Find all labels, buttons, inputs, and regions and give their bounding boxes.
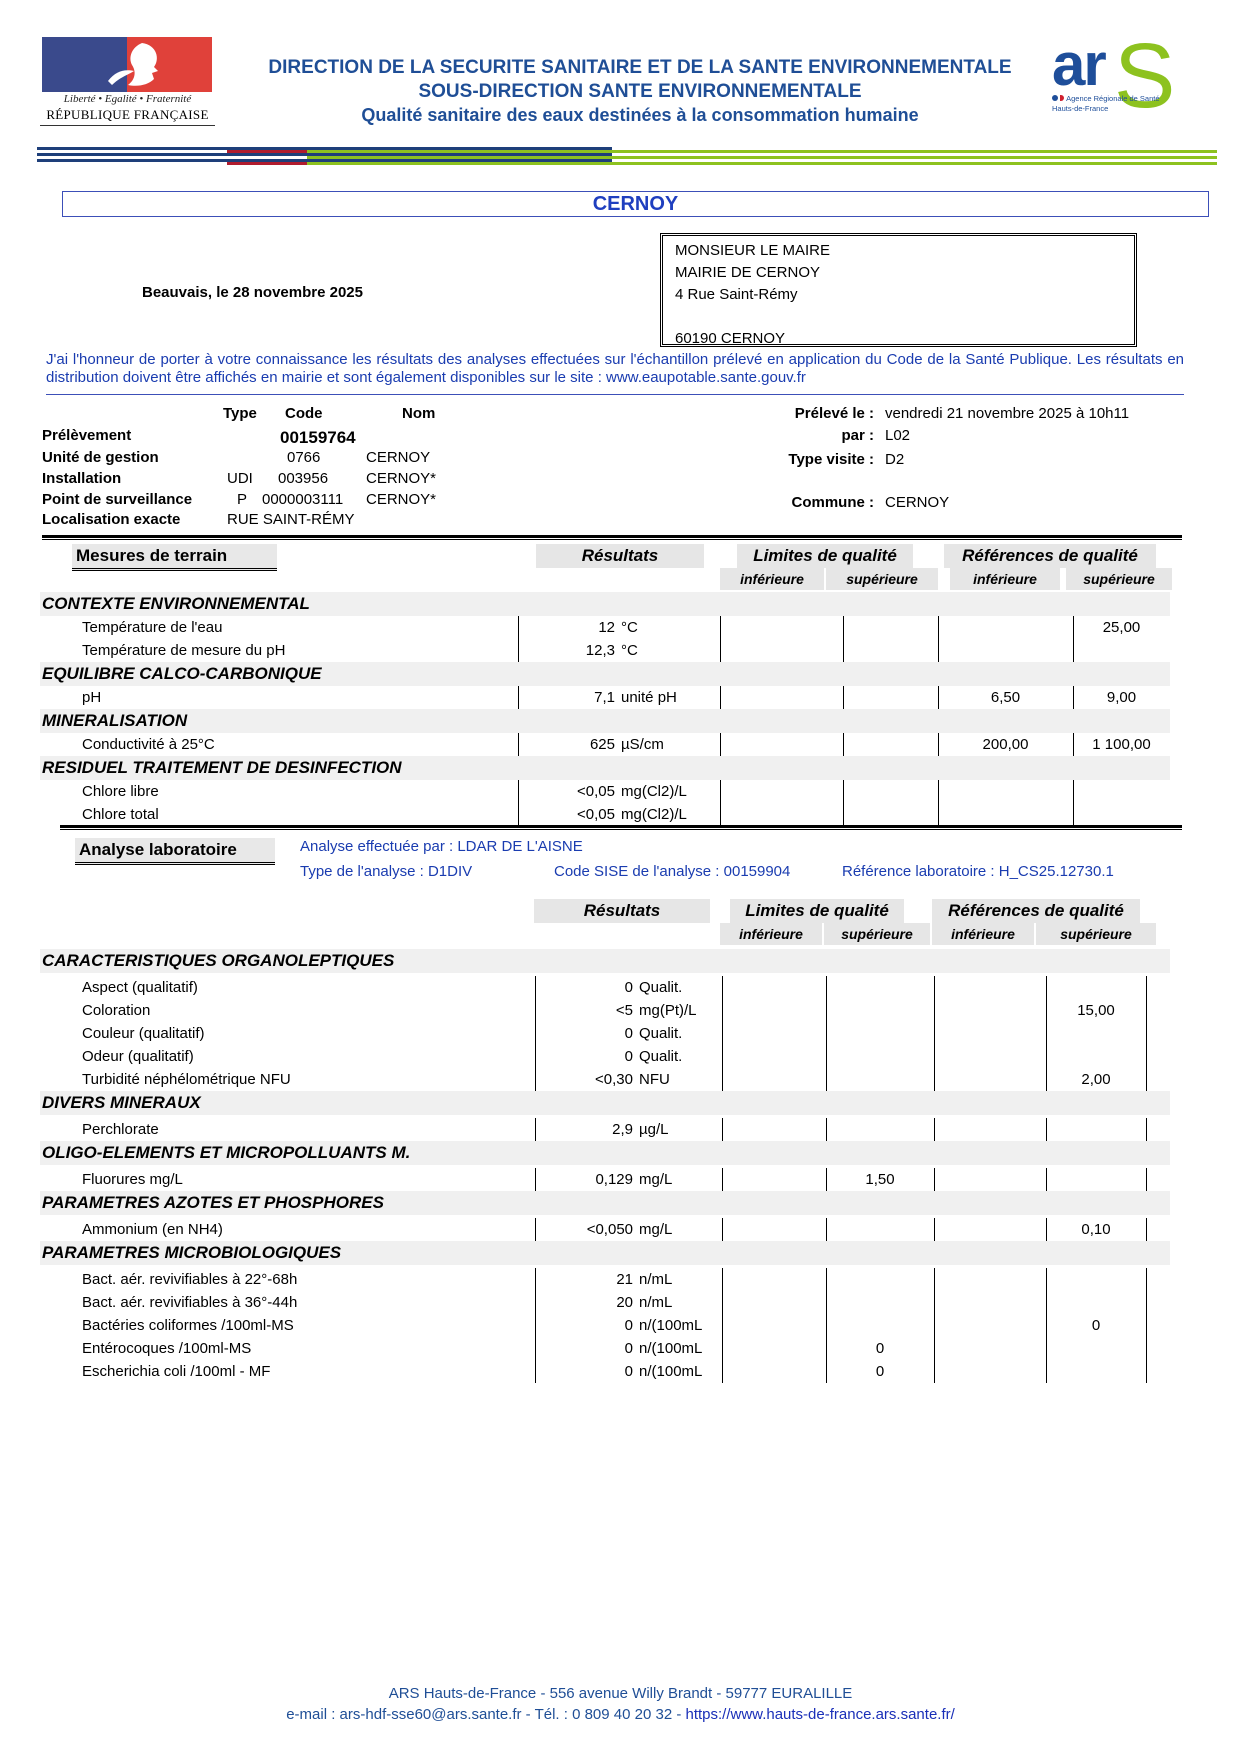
param-unit: unité pH <box>621 686 731 709</box>
param-name: Perchlorate <box>82 1118 159 1141</box>
column-divider <box>934 1118 935 1141</box>
marianne-icon <box>42 37 212 92</box>
lab-col-ref-sup: supérieure <box>1036 923 1156 945</box>
param-unit: n/mL <box>639 1268 749 1291</box>
param-unit: Qualit. <box>639 1022 749 1045</box>
commune-label: Commune : <box>700 494 874 511</box>
column-divider <box>535 1218 536 1241</box>
param-name: Turbidité néphélométrique NFU <box>82 1068 291 1091</box>
param-unit: n/mL <box>639 1291 749 1314</box>
param-name: Bact. aér. revivifiables à 22°-68h <box>82 1268 297 1291</box>
column-divider <box>826 1168 827 1191</box>
recipient-line-1: MONSIEUR LE MAIRE <box>675 240 1122 262</box>
reference-superieure: 9,00 <box>1073 686 1170 709</box>
param-name: Odeur (qualitatif) <box>82 1045 194 1068</box>
terrain-section-title: Mesures de terrain <box>72 544 277 571</box>
header-title-subject: Qualité sanitaire des eaux destinées à l… <box>210 105 1070 126</box>
table-row: Bact. aér. revivifiables à 22°-68h21n/mL <box>40 1268 1170 1291</box>
column-divider <box>720 616 721 662</box>
table-row: Température de l'eau12°C25,00 <box>40 616 1170 639</box>
column-divider <box>843 780 844 826</box>
reference-superieure: 0 <box>1046 1314 1146 1337</box>
reference-superieure: 0,10 <box>1046 1218 1146 1241</box>
param-value: 0 <box>513 1360 633 1383</box>
lab-col-references: Références de qualité <box>932 899 1140 923</box>
lab-col-lim-inf: inférieure <box>720 923 822 945</box>
table-row: Perchlorate2,9µg/L <box>40 1118 1170 1141</box>
reference-superieure: 25,00 <box>1073 616 1170 639</box>
param-value: 12 <box>495 616 615 639</box>
installation-type: UDI <box>227 470 253 487</box>
table-row: Couleur (qualitatif)0Qualit. <box>40 1022 1170 1045</box>
param-name: pH <box>82 686 101 709</box>
recipient-address-box: MONSIEUR LE MAIRE MAIRIE DE CERNOY 4 Rue… <box>660 233 1137 347</box>
table-row: Escherichia coli /100ml - MF0n/(100mL0 <box>40 1360 1170 1383</box>
table-row: Chlore libre<0,05mg(Cl2)/L <box>40 780 1170 803</box>
param-unit: µg/L <box>639 1118 749 1141</box>
column-divider <box>1146 1268 1147 1383</box>
param-value: 20 <box>513 1291 633 1314</box>
commune-title: CERNOY <box>62 191 1209 217</box>
group-header: PARAMETRES AZOTES ET PHOSPHORES <box>40 1191 1170 1215</box>
intro-paragraph: J'ai l'honneur de porter à votre connais… <box>46 351 1184 387</box>
param-name: Aspect (qualitatif) <box>82 976 198 999</box>
param-unit: Qualit. <box>639 1045 749 1068</box>
param-name: Ammonium (en NH4) <box>82 1218 223 1241</box>
group-header: PARAMETRES MICROBIOLOGIQUES <box>40 1241 1170 1265</box>
param-value: 0,129 <box>513 1168 633 1191</box>
group-header: OLIGO-ELEMENTS ET MICROPOLLUANTS M. <box>40 1141 1170 1165</box>
param-unit: mg(Pt)/L <box>639 999 749 1022</box>
reference-superieure: 1 100,00 <box>1073 733 1170 756</box>
param-unit: °C <box>621 616 731 639</box>
param-unit: mg/L <box>639 1218 749 1241</box>
param-unit: n/(100mL <box>639 1337 749 1360</box>
footer-contact: e-mail : ars-hdf-sse60@ars.sante.fr - Té… <box>0 1706 1241 1723</box>
param-value: 0 <box>513 976 633 999</box>
column-divider <box>934 1268 935 1383</box>
column-divider <box>722 1218 723 1241</box>
column-divider <box>1146 1168 1147 1191</box>
column-divider <box>938 733 939 756</box>
param-value: <5 <box>513 999 633 1022</box>
column-divider <box>518 733 519 756</box>
column-divider <box>518 780 519 826</box>
param-name: Chlore libre <box>82 780 159 803</box>
param-name: Bact. aér. revivifiables à 36°-44h <box>82 1291 297 1314</box>
table-row: Coloration<5mg(Pt)/L15,00 <box>40 999 1170 1022</box>
column-divider <box>518 616 519 662</box>
installation-code: 003956 <box>278 470 328 487</box>
terrain-col-ref-inf: inférieure <box>950 568 1060 590</box>
column-divider <box>934 976 935 1091</box>
recipient-line-4 <box>675 306 1122 328</box>
lab-section-title: Analyse laboratoire <box>75 838 275 865</box>
column-divider <box>1046 1118 1047 1141</box>
preleve-le-value: vendredi 21 novembre 2025 à 10h11 <box>885 405 1129 422</box>
footer-address: ARS Hauts-de-France - 556 avenue Willy B… <box>0 1685 1241 1702</box>
ars-logo-ar: ar <box>1052 30 1105 99</box>
param-value: 2,9 <box>513 1118 633 1141</box>
lab-col-lim-sup: supérieure <box>824 923 930 945</box>
column-divider <box>1146 1218 1147 1241</box>
param-value: <0,050 <box>513 1218 633 1241</box>
group-header: MINERALISATION <box>40 709 1170 733</box>
lab-col-limites: Limites de qualité <box>730 899 904 923</box>
header-title-direction: DIRECTION DE LA SECURITE SANITAIRE ET DE… <box>210 57 1070 79</box>
lab-col-ref-inf: inférieure <box>932 923 1034 945</box>
column-divider <box>1073 780 1074 826</box>
installation-nom: CERNOY* <box>366 470 436 487</box>
param-name: Bactéries coliformes /100ml-MS <box>82 1314 294 1337</box>
terrain-col-lim-inf: inférieure <box>720 568 824 590</box>
param-name: Fluorures mg/L <box>82 1168 183 1191</box>
table-row: Fluorures mg/L0,129mg/L1,50 <box>40 1168 1170 1191</box>
param-value: 0 <box>513 1022 633 1045</box>
table-row: Température de mesure du pH12,3°C <box>40 639 1170 662</box>
localisation-value: RUE SAINT-RÉMY <box>227 511 355 528</box>
column-divider <box>843 733 844 756</box>
ars-agency-name: Agence Régionale de Santé <box>1066 94 1159 103</box>
recipient-line-2: MAIRIE DE CERNOY <box>675 262 1122 284</box>
column-divider <box>720 780 721 826</box>
header-decorative-stripes <box>37 147 1217 164</box>
table-row: Odeur (qualitatif)0Qualit. <box>40 1045 1170 1068</box>
column-divider <box>843 686 844 709</box>
column-divider <box>938 686 939 709</box>
param-name: Conductivité à 25°C <box>82 733 215 756</box>
unite-gestion-nom: CERNOY <box>366 449 430 466</box>
table-row: Entérocoques /100ml-MS0n/(100mL0 <box>40 1337 1170 1360</box>
param-value: 12,3 <box>495 639 615 662</box>
table-row: Chlore total<0,05mg(Cl2)/L <box>40 803 1170 826</box>
column-divider <box>826 1218 827 1241</box>
terrain-bottom-rule <box>60 825 1182 830</box>
param-unit: °C <box>621 639 731 662</box>
reference-inferieure: 200,00 <box>938 733 1073 756</box>
table-row: Bact. aér. revivifiables à 36°-44h20n/mL <box>40 1291 1170 1314</box>
column-divider <box>722 976 723 1091</box>
table-row: Ammonium (en NH4)<0,050mg/L0,10 <box>40 1218 1170 1241</box>
param-value: 21 <box>513 1268 633 1291</box>
republique-name: RÉPUBLIQUE FRANÇAISE <box>40 107 215 126</box>
ars-logo-s: S <box>1114 24 1175 129</box>
column-divider <box>722 1118 723 1141</box>
lab-reference: Référence laboratoire : H_CS25.12730.1 <box>842 863 1114 880</box>
header-title-subdirection: SOUS-DIRECTION SANTE ENVIRONNEMENTALE <box>210 81 1070 103</box>
date-line: Beauvais, le 28 novembre 2025 <box>142 284 363 301</box>
par-value: L02 <box>885 427 910 444</box>
ars-region: Hauts-de-France <box>1052 104 1108 113</box>
limit-superieure: 0 <box>826 1337 934 1360</box>
footer-website-link[interactable]: https://www.hauts-de-france.ars.sante.fr… <box>686 1706 955 1723</box>
column-divider <box>535 976 536 1091</box>
param-unit: mg(Cl2)/L <box>621 803 731 826</box>
ars-logo-icon: ar S Agence Régionale de Santé Hauts-de-… <box>1052 44 1182 130</box>
column-divider <box>934 1218 935 1241</box>
param-unit: mg/L <box>639 1168 749 1191</box>
republique-motto: Liberté • Egalité • Fraternité <box>40 93 215 105</box>
recipient-line-3: 4 Rue Saint-Rémy <box>675 284 1122 306</box>
point-surveillance-label: Point de surveillance <box>42 491 192 508</box>
param-unit: Qualit. <box>639 976 749 999</box>
terrain-top-rule <box>42 535 1182 540</box>
terrain-col-ref-sup: supérieure <box>1066 568 1172 590</box>
column-divider <box>1073 686 1074 709</box>
preleve-le-label: Prélevé le : <box>700 405 874 422</box>
column-divider <box>1073 616 1074 662</box>
column-divider <box>938 616 939 662</box>
column-divider <box>720 733 721 756</box>
type-visite-value: D2 <box>885 451 904 468</box>
param-value: 0 <box>513 1045 633 1068</box>
column-divider <box>1046 1218 1047 1241</box>
column-divider <box>1046 976 1047 1091</box>
param-unit: n/(100mL <box>639 1314 749 1337</box>
column-divider <box>843 616 844 662</box>
param-value: <0,05 <box>495 780 615 803</box>
recipient-line-5: 60190 CERNOY <box>675 328 1122 350</box>
reference-inferieure: 6,50 <box>938 686 1073 709</box>
column-divider <box>535 1118 536 1141</box>
param-unit: µS/cm <box>621 733 731 756</box>
column-divider <box>722 1168 723 1191</box>
param-name: Température de mesure du pH <box>82 639 285 662</box>
prelevement-code: 00159764 <box>280 428 356 448</box>
terrain-col-resultats: Résultats <box>536 544 704 568</box>
column-divider <box>1046 1268 1047 1383</box>
param-value: 625 <box>495 733 615 756</box>
footer-contact-text: e-mail : ars-hdf-sse60@ars.sante.fr - Té… <box>286 1706 685 1723</box>
param-unit: n/(100mL <box>639 1360 749 1383</box>
col-code-header: Code <box>285 405 323 422</box>
param-value: <0,05 <box>495 803 615 826</box>
lab-effectuee-par: Analyse effectuée par : LDAR DE L'AISNE <box>300 838 583 855</box>
prelevement-label: Prélèvement <box>42 427 131 444</box>
column-divider <box>720 686 721 709</box>
column-divider <box>535 1268 536 1383</box>
point-surveillance-code: 0000003111 <box>262 491 343 508</box>
column-divider <box>826 1268 827 1383</box>
type-visite-label: Type visite : <box>700 451 874 468</box>
intro-separator <box>46 394 1184 395</box>
param-value: 0 <box>513 1337 633 1360</box>
col-type-header: Type <box>223 405 257 422</box>
param-name: Couleur (qualitatif) <box>82 1022 205 1045</box>
column-divider <box>1073 733 1074 756</box>
ars-agency-line: Agence Régionale de Santé <box>1052 94 1160 103</box>
column-divider <box>826 1118 827 1141</box>
group-header: EQUILIBRE CALCO-CARBONIQUE <box>40 662 1170 686</box>
column-divider <box>1146 1118 1147 1141</box>
reference-superieure: 2,00 <box>1046 1068 1146 1091</box>
table-row: Turbidité néphélométrique NFU<0,30NFU2,0… <box>40 1068 1170 1091</box>
group-header: CONTEXTE ENVIRONNEMENTAL <box>40 592 1170 616</box>
column-divider <box>934 1168 935 1191</box>
column-divider <box>518 686 519 709</box>
param-name: Température de l'eau <box>82 616 222 639</box>
param-unit: mg(Cl2)/L <box>621 780 731 803</box>
reference-superieure: 15,00 <box>1046 999 1146 1022</box>
param-name: Escherichia coli /100ml - MF <box>82 1360 270 1383</box>
installation-label: Installation <box>42 470 121 487</box>
group-header: RESIDUEL TRAITEMENT DE DESINFECTION <box>40 756 1170 780</box>
table-row: Bactéries coliformes /100ml-MS0n/(100mL0 <box>40 1314 1170 1337</box>
limit-superieure: 1,50 <box>826 1168 934 1191</box>
point-surveillance-nom: CERNOY* <box>366 491 436 508</box>
param-value: <0,30 <box>513 1068 633 1091</box>
param-name: Coloration <box>82 999 150 1022</box>
group-header: CARACTERISTIQUES ORGANOLEPTIQUES <box>40 949 1170 973</box>
col-nom-header: Nom <box>402 405 435 422</box>
terrain-col-lim-sup: supérieure <box>826 568 938 590</box>
column-divider <box>722 1268 723 1383</box>
lab-type-analyse: Type de l'analyse : D1DIV <box>300 863 472 880</box>
terrain-col-references: Références de qualité <box>944 544 1156 568</box>
par-label: par : <box>700 427 874 444</box>
param-value: 7,1 <box>495 686 615 709</box>
lab-code-sise: Code SISE de l'analyse : 00159904 <box>554 863 790 880</box>
column-divider <box>535 1168 536 1191</box>
unite-gestion-code: 0766 <box>287 449 320 466</box>
unite-gestion-label: Unité de gestion <box>42 449 159 466</box>
column-divider <box>826 976 827 1091</box>
point-surveillance-type: P <box>237 491 247 508</box>
table-row: pH7,1unité pH6,509,00 <box>40 686 1170 709</box>
table-row: Aspect (qualitatif)0Qualit. <box>40 976 1170 999</box>
param-unit: NFU <box>639 1068 749 1091</box>
republique-francaise-logo: Liberté • Egalité • Fraternité RÉPUBLIQU… <box>40 37 215 127</box>
column-divider <box>938 780 939 826</box>
param-name: Entérocoques /100ml-MS <box>82 1337 251 1360</box>
table-row: Conductivité à 25°C625µS/cm200,001 100,0… <box>40 733 1170 756</box>
param-name: Chlore total <box>82 803 159 826</box>
column-divider <box>1146 976 1147 1091</box>
param-value: 0 <box>513 1314 633 1337</box>
localisation-label: Localisation exacte <box>42 511 180 528</box>
lab-col-resultats: Résultats <box>534 899 710 923</box>
group-header: DIVERS MINERAUX <box>40 1091 1170 1115</box>
terrain-col-limites: Limites de qualité <box>737 544 913 568</box>
commune-value: CERNOY <box>885 494 949 511</box>
column-divider <box>1046 1168 1047 1191</box>
limit-superieure: 0 <box>826 1360 934 1383</box>
